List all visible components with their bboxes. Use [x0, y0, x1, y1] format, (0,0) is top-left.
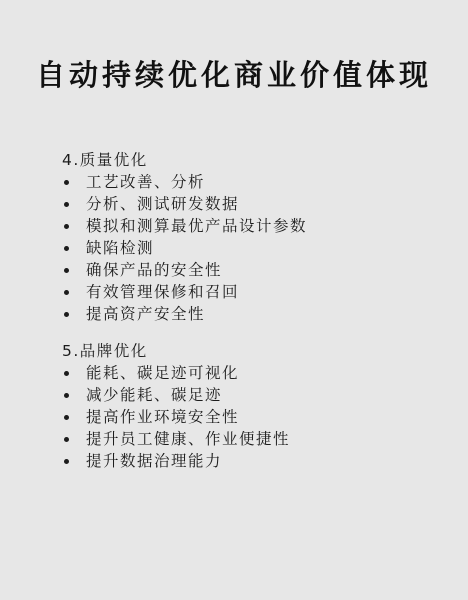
- bullet-list: 工艺改善、分析 分析、测试研发数据 模拟和测算最优产品设计参数 缺陷检测 确保产…: [62, 171, 442, 325]
- bullet-dot-icon: [64, 180, 69, 185]
- section-quality-optimization: 4.质量优化 工艺改善、分析 分析、测试研发数据 模拟和测算最优产品设计参数 缺…: [62, 149, 442, 325]
- bullet-dot-icon: [64, 202, 69, 207]
- list-item-text: 提升数据治理能力: [86, 452, 222, 470]
- bullet-dot-icon: [64, 415, 69, 420]
- bullet-dot-icon: [64, 371, 69, 376]
- list-item-text: 缺陷检测: [86, 239, 154, 257]
- list-item: 缺陷检测: [62, 237, 442, 259]
- bullet-dot-icon: [64, 312, 69, 317]
- list-item: 能耗、碳足迹可视化: [62, 362, 442, 384]
- list-item-text: 确保产品的安全性: [86, 261, 222, 279]
- list-item-text: 能耗、碳足迹可视化: [86, 364, 239, 382]
- list-item: 提高资产安全性: [62, 303, 442, 325]
- bullet-dot-icon: [64, 459, 69, 464]
- section-brand-optimization: 5.品牌优化 能耗、碳足迹可视化 减少能耗、碳足迹 提高作业环境安全性 提升员工…: [62, 340, 442, 472]
- list-item-text: 提高作业环境安全性: [86, 408, 239, 426]
- bullet-dot-icon: [64, 393, 69, 398]
- list-item: 减少能耗、碳足迹: [62, 384, 442, 406]
- list-item-text: 提升员工健康、作业便捷性: [86, 430, 290, 448]
- bullet-dot-icon: [64, 290, 69, 295]
- list-item-text: 有效管理保修和召回: [86, 283, 239, 301]
- list-item: 提升员工健康、作业便捷性: [62, 428, 442, 450]
- list-item-text: 模拟和测算最优产品设计参数: [86, 217, 307, 235]
- list-item: 提升数据治理能力: [62, 450, 442, 472]
- list-item: 提高作业环境安全性: [62, 406, 442, 428]
- list-item: 确保产品的安全性: [62, 259, 442, 281]
- bullet-dot-icon: [64, 224, 69, 229]
- list-item-text: 分析、测试研发数据: [86, 195, 239, 213]
- list-item-text: 减少能耗、碳足迹: [86, 386, 222, 404]
- list-item: 有效管理保修和召回: [62, 281, 442, 303]
- list-item: 模拟和测算最优产品设计参数: [62, 215, 442, 237]
- list-item-text: 提高资产安全性: [86, 305, 205, 323]
- list-item: 工艺改善、分析: [62, 171, 442, 193]
- list-item: 分析、测试研发数据: [62, 193, 442, 215]
- bullet-dot-icon: [64, 268, 69, 273]
- list-item-text: 工艺改善、分析: [86, 173, 205, 191]
- bullet-dot-icon: [64, 437, 69, 442]
- bullet-list: 能耗、碳足迹可视化 减少能耗、碳足迹 提高作业环境安全性 提升员工健康、作业便捷…: [62, 362, 442, 472]
- bullet-dot-icon: [64, 246, 69, 251]
- section-heading: 5.品牌优化: [62, 340, 442, 362]
- section-heading: 4.质量优化: [62, 149, 442, 171]
- page-title: 自动持续优化商业价值体现: [0, 55, 468, 95]
